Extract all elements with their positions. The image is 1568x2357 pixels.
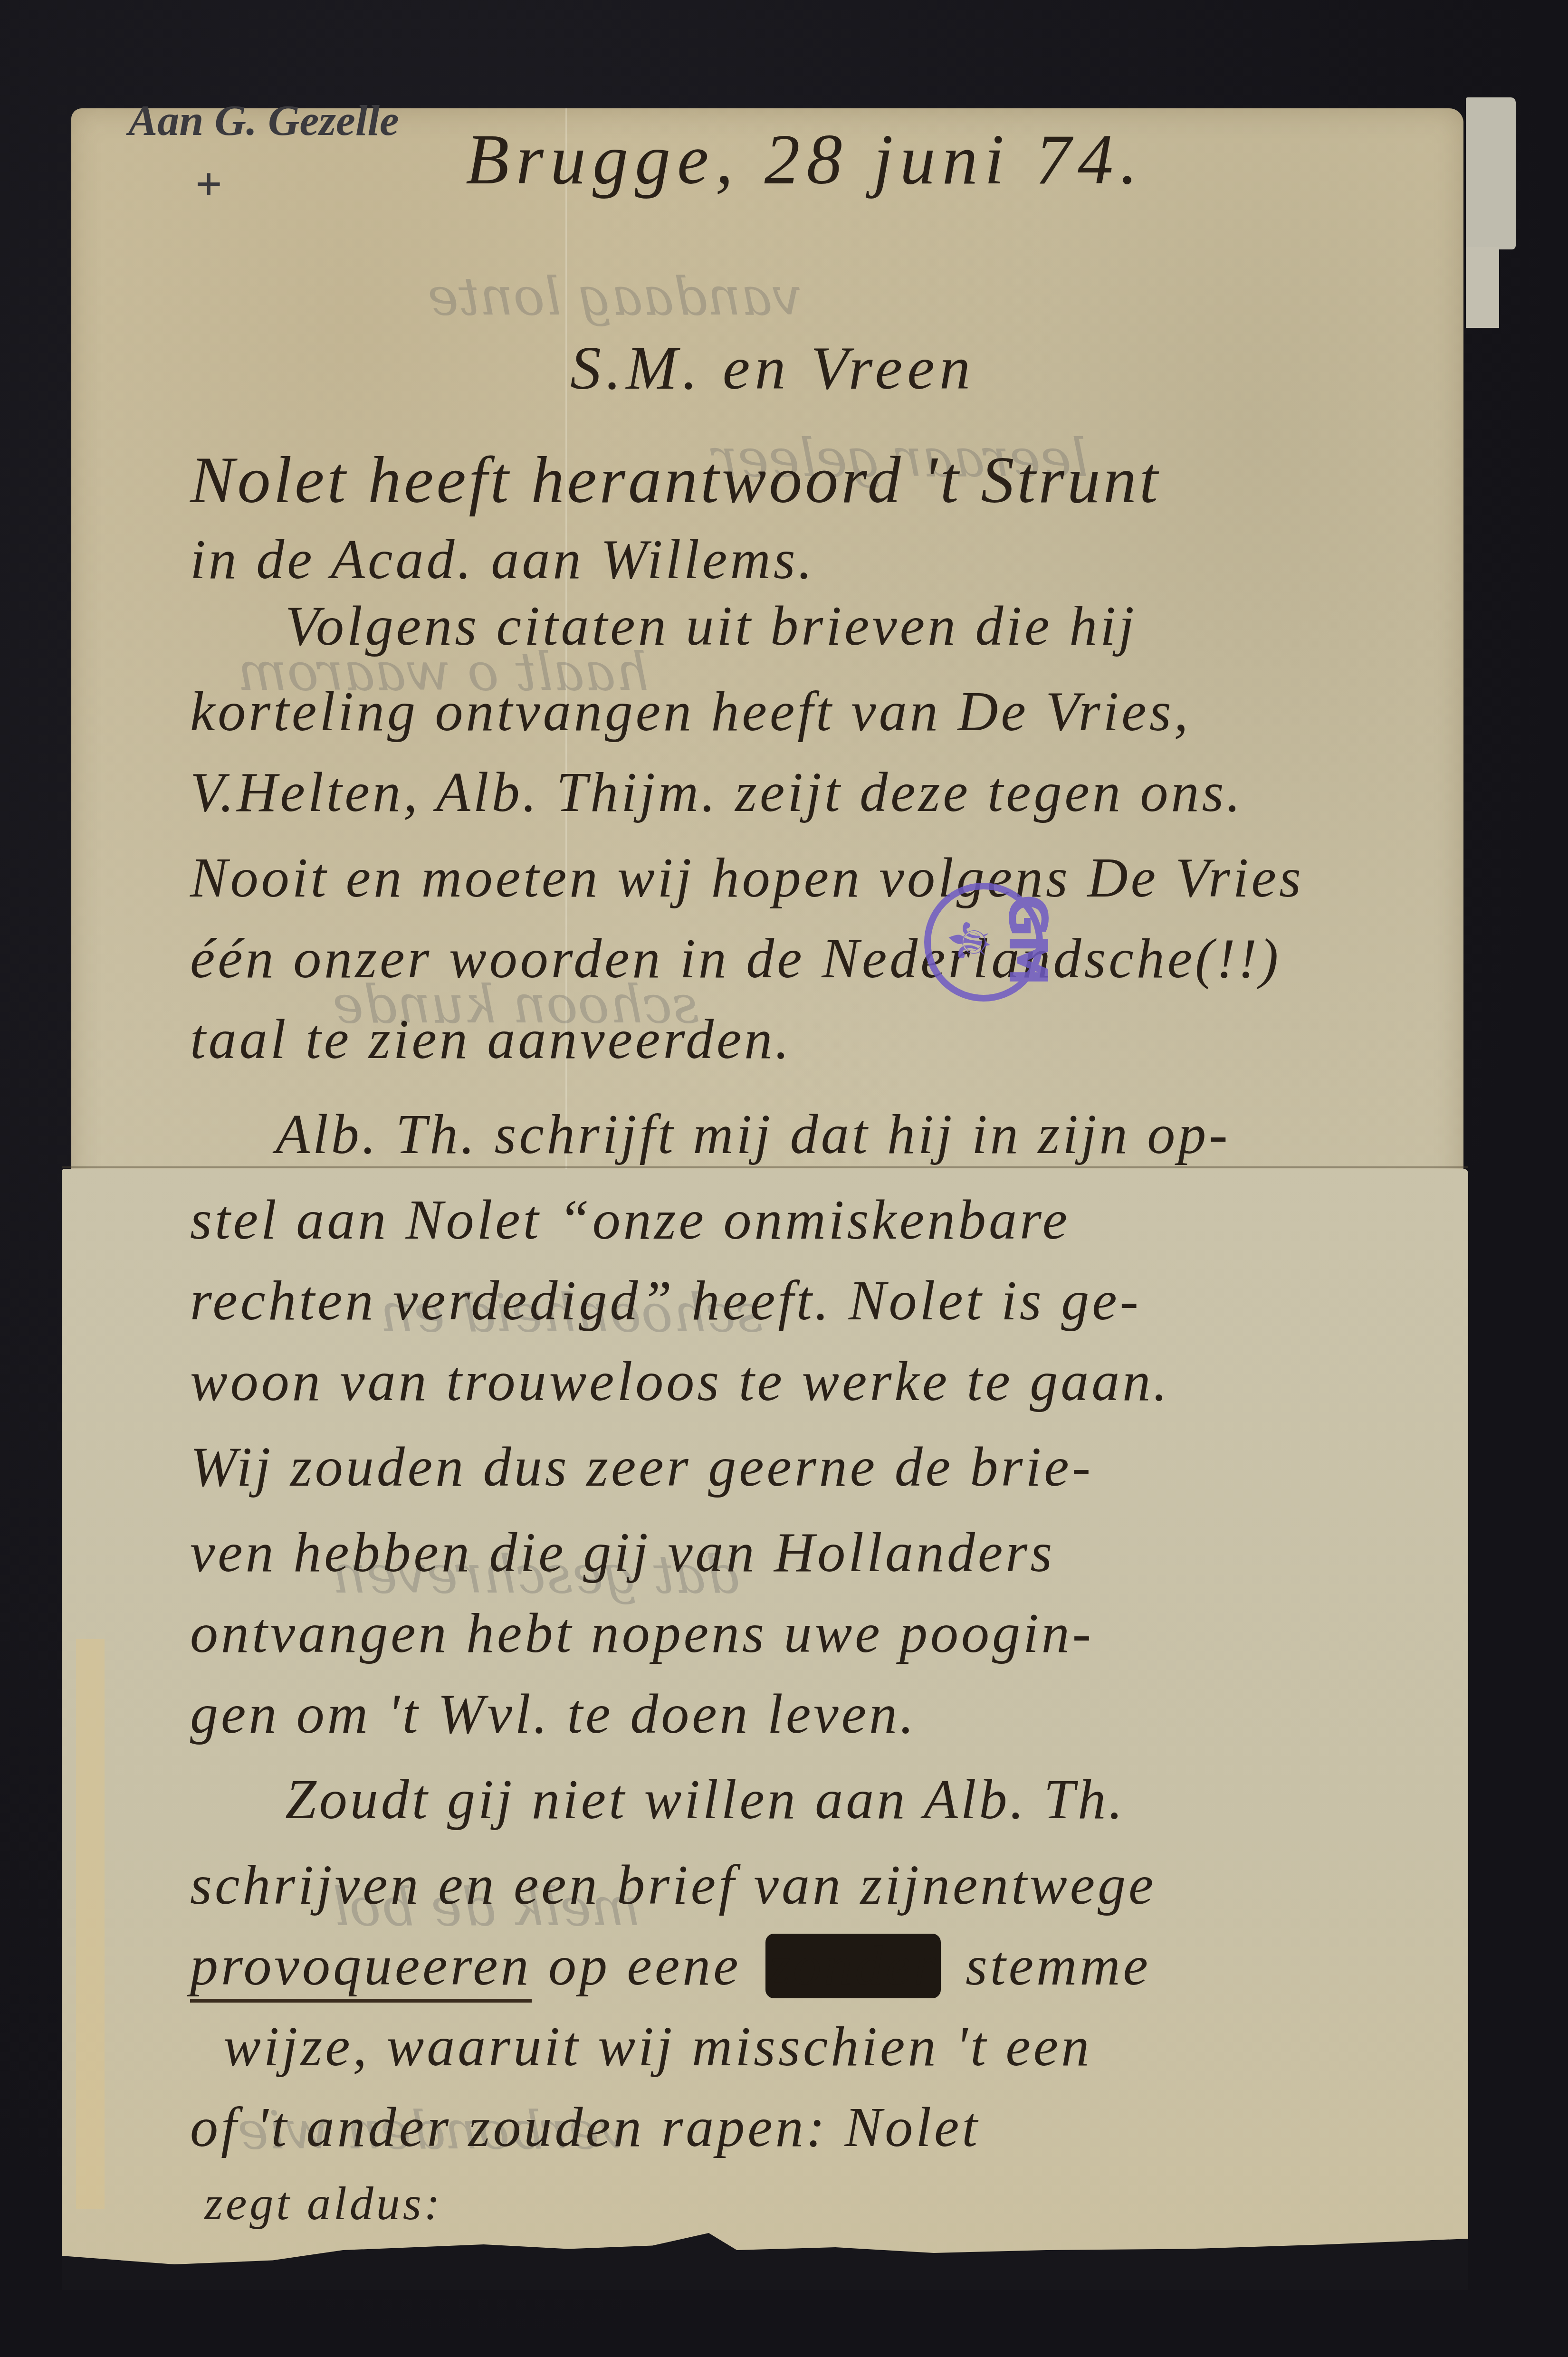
letter-line: woon van trouweloos te werke te gaan. [190, 1349, 1170, 1414]
cross-mark: + [195, 157, 222, 211]
fleur-de-lis-icon: ⚜ [934, 910, 1008, 972]
letter-line: Volgens citaten uit brieven die hij [285, 594, 1137, 658]
underlined-word: provoqueeren [190, 1935, 532, 2003]
letter-line: schrijven en een brief van zijnentwege [190, 1853, 1157, 1918]
letter-line: of 't ander zouden rapen: Nolet [190, 2095, 980, 2160]
salutation: S.M. en Vreen [570, 333, 975, 404]
letter-line: Wij zouden dus zeer geerne de brie- [190, 1435, 1093, 1499]
letter-line: korteling ontvangen heeft van De Vries, [190, 679, 1191, 744]
letter-line: taal te zien aanveerden. [190, 1007, 792, 1072]
struck-out-word: zonder [765, 1934, 941, 1998]
letter-line: stel aan Nolet “onze onmiskenbare [190, 1188, 1070, 1252]
letter-line: Nolet heeft herantwoord 't Strunt [190, 442, 1161, 518]
paper-repair-strip-lower [1466, 247, 1499, 328]
letter-line-provoqueeren: provoqueeren op eene zonder stemme [190, 1934, 1151, 1998]
letter-line: in de Acad. aan Willems. [190, 527, 815, 592]
letter-line: Nooit en moeten wij hopen volgens De Vri… [190, 846, 1304, 910]
letter-line: Zoudt gij niet willen aan Alb. Th. [285, 1767, 1126, 1832]
stamp-letters: GM [997, 894, 1058, 983]
letter-line: ontvangen hebt nopens uwe poogin- [190, 1601, 1094, 1666]
letter-line: gen om 't Wvl. te doen leven. [190, 1682, 917, 1746]
collection-stamp: ⚜ GM [924, 883, 1043, 1002]
letter-line: rechten verdedigd” heeft. Nolet is ge- [190, 1269, 1141, 1333]
word-stemme: stemme [966, 1935, 1151, 1997]
paper-stain [76, 1639, 105, 2209]
letter-line: één onzer woorden in de Nederlandsche(!!… [190, 926, 1281, 991]
bleed-through-text: vandaag lonte [428, 266, 802, 327]
paper-repair-strip [1466, 97, 1516, 249]
word-op-eene: op eene [548, 1935, 741, 1997]
letter-line: wijze, waaruit wij misschien 't een [223, 2014, 1092, 2079]
letter-line: ven hebben die gij van Hollanders [190, 1520, 1055, 1585]
letter-line: V.Helten, Alb. Thijm. zeijt deze tegen o… [190, 760, 1243, 825]
recipient-annotation: Aan G. Gezelle [128, 95, 399, 145]
letter-line: Alb. Th. schrijft mij dat hij in zijn op… [276, 1102, 1231, 1167]
place-date: Brugge, 28 juni 74. [466, 119, 1144, 200]
